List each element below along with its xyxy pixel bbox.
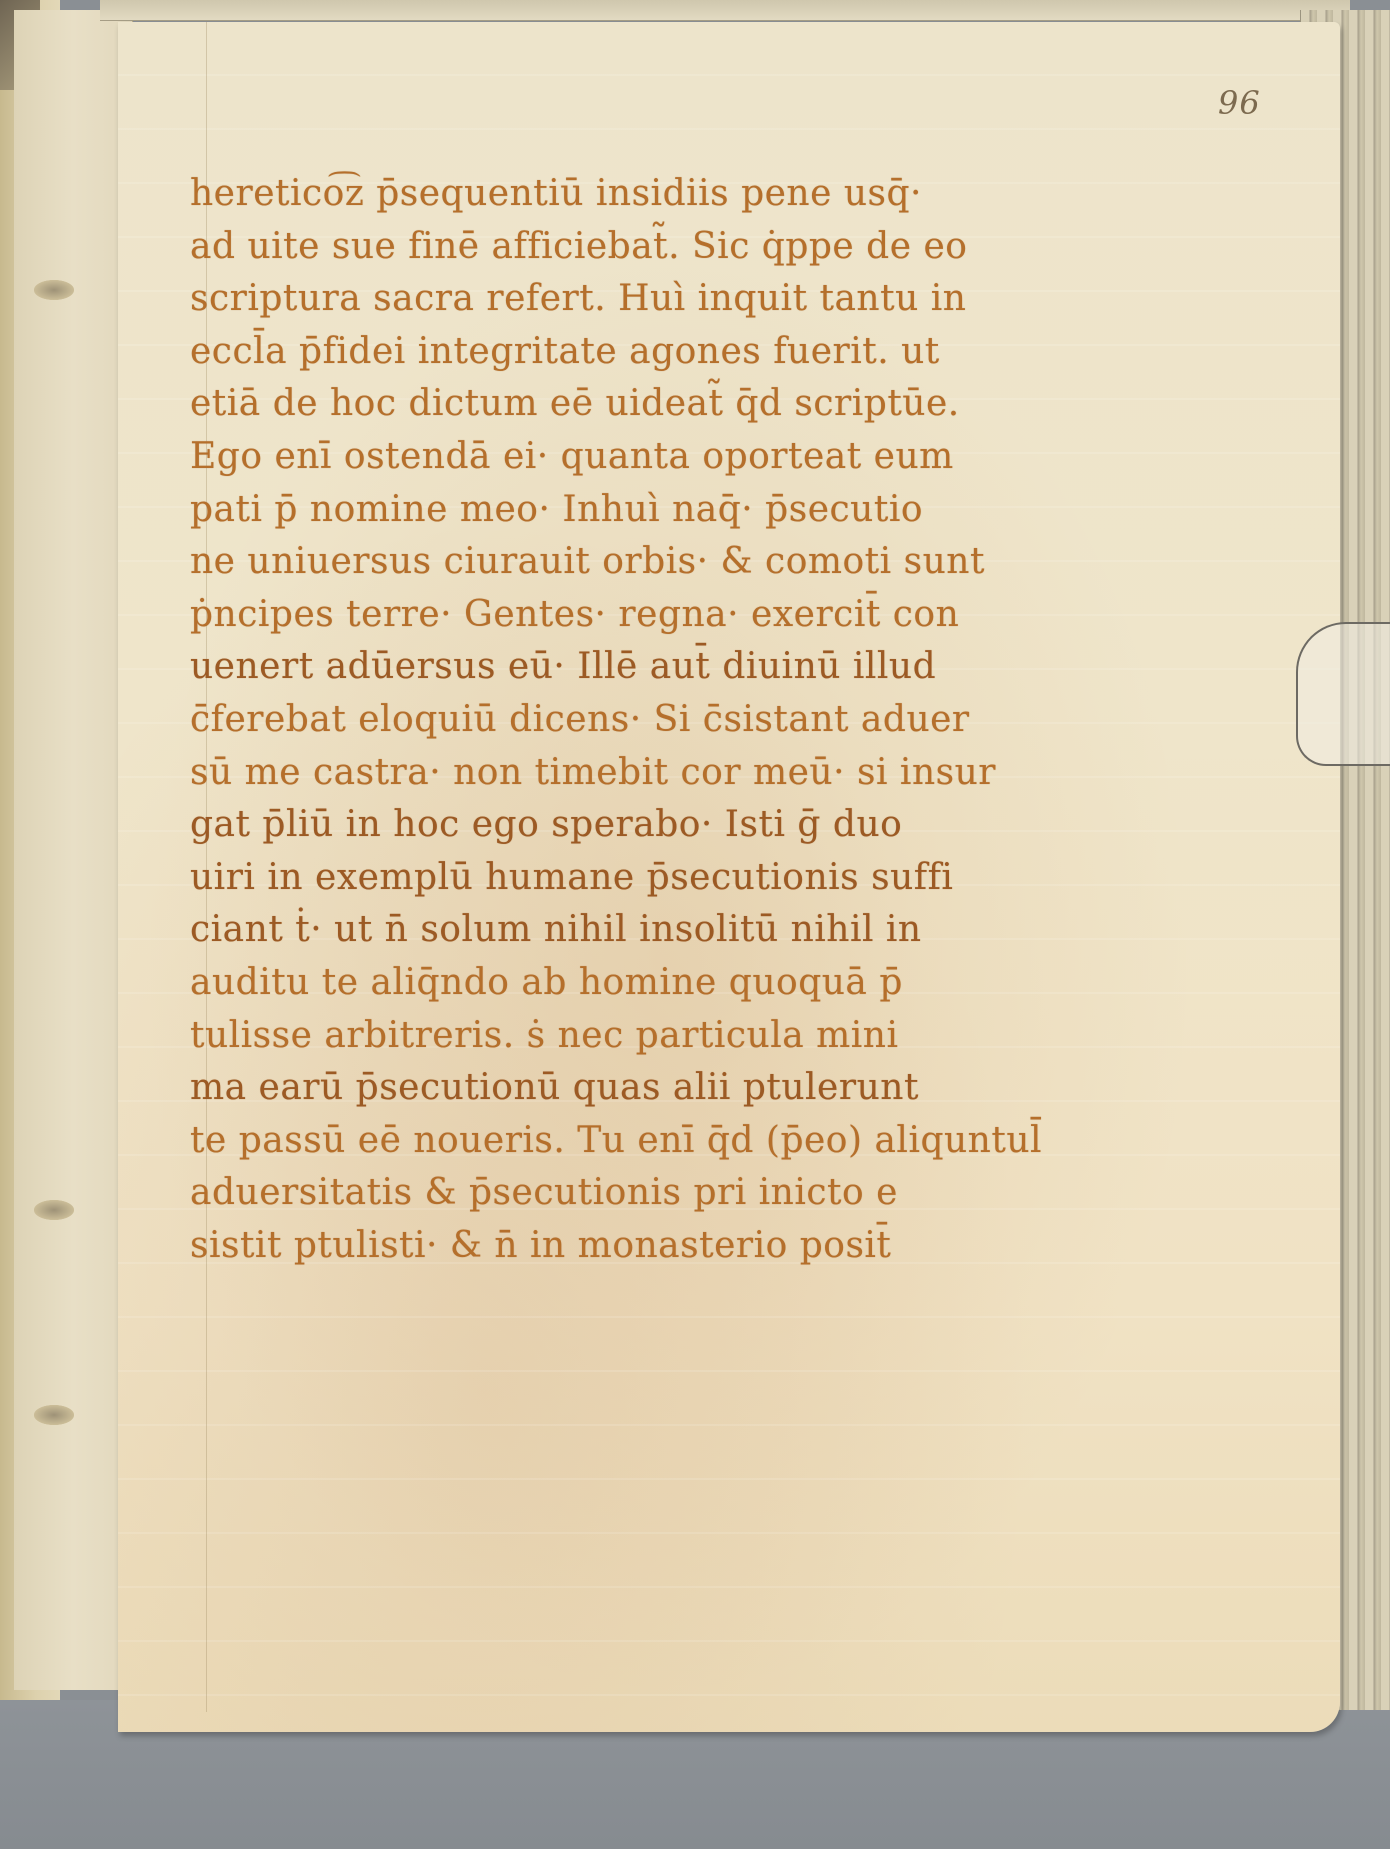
text-line: ma earū p̄secutionū quas alii ptulerun…: [190, 1062, 1230, 1115]
text-line: ciant ṫ· ut n̄ solum nihil insolitū ni…: [190, 904, 1230, 957]
text-line: aduersitatis & p̄secutionis pri inicto e: [190, 1167, 1230, 1220]
text-line: pati p̄ nomine meo· Inhuì naq̄· p̄secut…: [190, 484, 1230, 537]
manuscript-photo: 96 heretico͡z p̄sequentiū insidiis pene…: [0, 0, 1390, 1849]
text-line: tulisse arbitreris. ṡ nec particula min…: [190, 1010, 1230, 1063]
text-line: etiā de hoc dictum eē uideat̃ q̄d scri…: [190, 378, 1230, 431]
text-line: eccl̄a p̄fidei integritate agones fuerit…: [190, 326, 1230, 379]
text-line: sistit ptulisti· & n̄ in monasterio posi…: [190, 1220, 1230, 1273]
text-line: c̄ferebat eloquiū dicens· Si c̄sistant …: [190, 694, 1230, 747]
text-line: Ego enī ostendā ei· quanta oporteat eu…: [190, 431, 1230, 484]
manuscript-text-block: heretico͡z p̄sequentiū insidiis pene us…: [190, 168, 1230, 1272]
folio-number: 96: [1218, 84, 1261, 122]
text-line: gat p̄liū in hoc ego sperabo· Isti ḡ d…: [190, 799, 1230, 852]
text-line: sū me castra· non timebit cor meū· si …: [190, 747, 1230, 800]
text-line: ṗncipes terre· Gentes· regna· exercit̄ …: [190, 589, 1230, 642]
tear-mark: [34, 1200, 74, 1220]
text-line: ad uite sue finē afficiebat̃. Sic q̇ppe…: [190, 221, 1230, 274]
text-line: heretico͡z p̄sequentiū insidiis pene us…: [190, 168, 1230, 221]
plastic-page-clip: [1296, 622, 1390, 766]
text-line: uiri in exemplū humane p̄secutionis suf…: [190, 852, 1230, 905]
text-line: scriptura sacra refert. Huì inquit tant…: [190, 273, 1230, 326]
text-line: ne uniuersus ciurauit orbis· & comoti su…: [190, 536, 1230, 589]
guard-stub: [14, 10, 133, 1690]
text-line: uenert adūersus eū· Illē aut̄ diuinū…: [190, 641, 1230, 694]
text-line: auditu te aliq̄ndo ab homine quoquā p̄: [190, 957, 1230, 1010]
text-line: te passū eē noueris. Tu enī q̄d (p̄eo…: [190, 1115, 1230, 1168]
page-stack-top: [100, 0, 1350, 21]
tear-mark: [34, 1405, 74, 1425]
tear-mark: [34, 280, 74, 300]
